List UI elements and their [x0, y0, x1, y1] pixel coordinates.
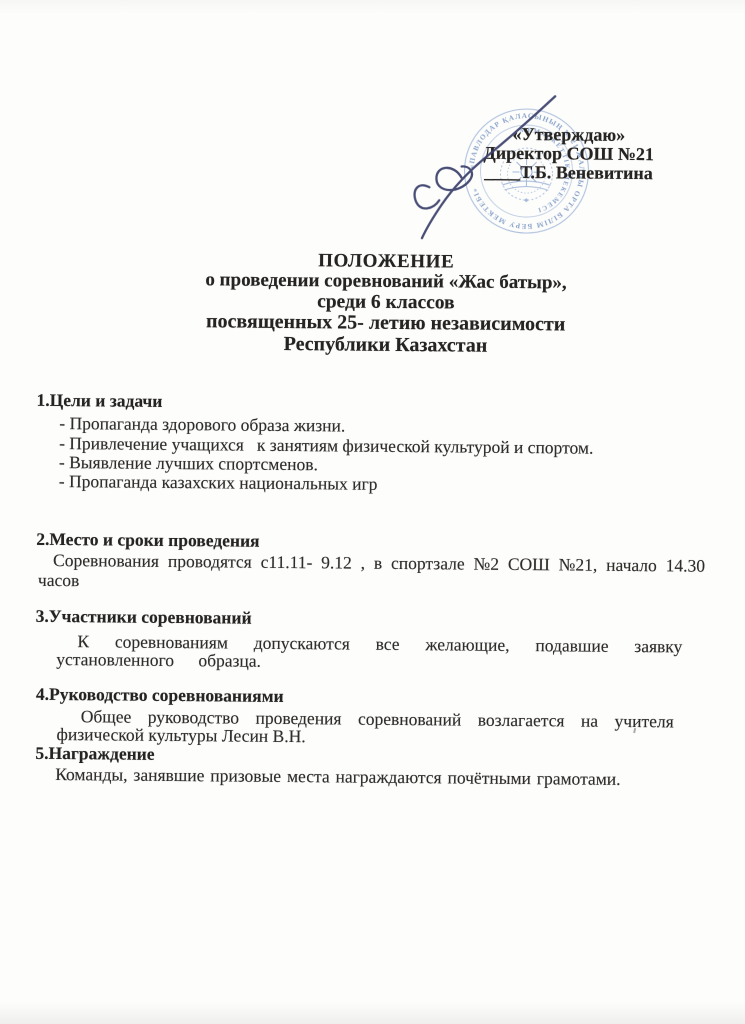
- section-2-body-line: часов: [38, 570, 80, 590]
- justified-word: спортзале: [391, 553, 465, 574]
- justified-word: Соревнования: [53, 550, 159, 571]
- justified-word: возлагается: [478, 710, 565, 731]
- justified-word: желающие,: [425, 634, 509, 655]
- section-3-body-line: установленного образца.: [56, 649, 261, 671]
- scan-tilt-wrapper: «ПАВЛОДАР ҚАЛАСЫНЫҢ № 21 ЖАЛПЫ ОРТА БІЛІ…: [0, 0, 745, 1024]
- scanned-document-page: «ПАВЛОДАР ҚАЛАСЫНЫҢ № 21 ЖАЛПЫ ОРТА БІЛІ…: [0, 0, 745, 1024]
- scan-edge-noise-bottom: [0, 1002, 745, 1024]
- justified-word: в: [374, 553, 382, 573]
- document-title: ПОЛОЖЕНИЕ о проведении соревнований «Жас…: [13, 248, 745, 359]
- handwritten-signature: [403, 83, 594, 255]
- justified-word: 14.30: [666, 555, 706, 575]
- justified-word: 9.12: [321, 552, 352, 572]
- justified-word: начало: [606, 555, 657, 575]
- section-3-heading: 3.Участники соревнований: [36, 606, 252, 628]
- section-5-heading: 5.Награждение: [35, 743, 154, 764]
- justified-word: №21,: [559, 554, 598, 574]
- section-5-body-line: Команды, занявшие призовые места награжд…: [55, 764, 620, 789]
- justified-word: учителя: [615, 711, 674, 732]
- section-1-item: - Пропаганда казахских национальных игр: [59, 471, 378, 494]
- justified-word: СОШ: [508, 554, 550, 574]
- section-1-heading: 1.Цели и задачи: [36, 390, 162, 411]
- justified-word: на: [581, 711, 598, 731]
- section-4-heading: 4.Руководство соревнованиями: [36, 684, 284, 706]
- justified-word: №2: [473, 554, 499, 574]
- justified-word: соревнований: [358, 709, 461, 730]
- scan-edge-noise-top: [0, 0, 745, 14]
- justified-word: все: [376, 634, 400, 654]
- section-1-item: - Пропаганда здорового образа жизни.: [59, 413, 345, 435]
- justified-word: с11.11-: [261, 552, 313, 572]
- section-2-body-line: Соревнованияпроводятсяс11.11-9.12,вспорт…: [53, 550, 705, 576]
- justified-word: проводятся: [168, 551, 252, 572]
- section-2-heading: 2.Место и сроки проведения: [36, 529, 259, 551]
- justified-word: подавшие: [535, 635, 608, 656]
- justified-word: заявку: [634, 636, 682, 656]
- justified-word: ,: [361, 553, 366, 573]
- justified-word: допускаются: [254, 633, 350, 654]
